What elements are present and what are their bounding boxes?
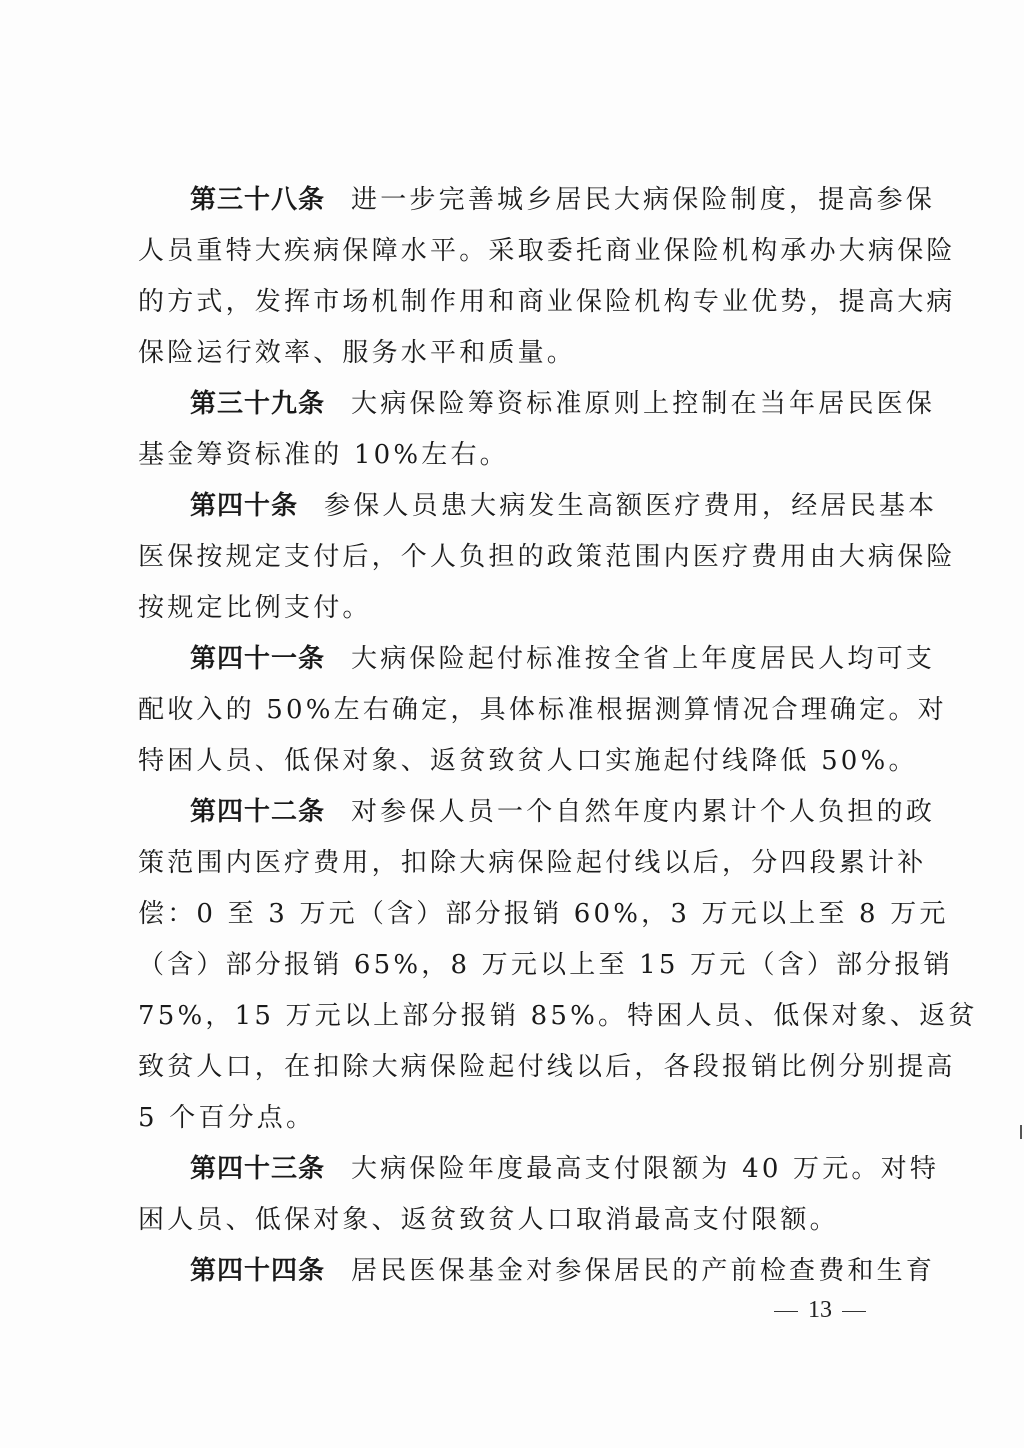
article-40-line-3: 按规定比例支付。	[138, 588, 890, 628]
article-40-line-2: 医保按规定支付后，个人负担的政策范围内医疗费用由大病保险	[138, 537, 890, 577]
dash-left	[774, 1311, 798, 1312]
article-number: 第四十四条	[190, 1256, 325, 1286]
article-number: 第四十三条	[190, 1154, 325, 1184]
article-number: 第四十条	[190, 491, 298, 521]
article-38-line-4: 保险运行效率、服务水平和质量。	[138, 333, 890, 373]
article-number: 第三十九条	[190, 389, 325, 419]
article-number: 第四十一条	[190, 644, 325, 674]
article-text: 大病保险起付标准按全省上年度居民人均可支	[351, 644, 935, 674]
article-40-line-1: 第四十条参保人员患大病发生高额医疗费用，经居民基本	[190, 486, 890, 526]
article-42-line-5: 75%，15 万元以上部分报销 85%。特困人员、低保对象、返贫	[138, 996, 890, 1036]
article-text: 大病保险筹资标准原则上控制在当年居民医保	[351, 389, 935, 419]
article-42-line-3: 偿：0 至 3 万元（含）部分报销 60%，3 万元以上至 8 万元	[138, 894, 890, 934]
scan-edge-mark	[1020, 1125, 1022, 1139]
article-text: 进一步完善城乡居民大病保险制度，提高参保	[351, 185, 935, 215]
article-42-line-4: （含）部分报销 65%，8 万元以上至 15 万元（含）部分报销	[138, 945, 890, 985]
article-38-line-1: 第三十八条进一步完善城乡居民大病保险制度，提高参保	[190, 180, 890, 220]
article-number: 第三十八条	[190, 185, 325, 215]
article-number: 第四十二条	[190, 797, 325, 827]
page-number-value: 13	[808, 1297, 832, 1323]
article-text: 居民医保基金对参保居民的产前检查费和生育	[351, 1256, 935, 1286]
article-41-line-1: 第四十一条大病保险起付标准按全省上年度居民人均可支	[190, 639, 890, 679]
article-39-line-1: 第三十九条大病保险筹资标准原则上控制在当年居民医保	[190, 384, 890, 424]
article-42-line-2: 策范围内医疗费用，扣除大病保险起付线以后，分四段累计补	[138, 843, 890, 883]
document-page: 第三十八条进一步完善城乡居民大病保险制度，提高参保 人员重特大疾病保障水平。采取…	[0, 0, 1024, 1448]
article-43-line-1: 第四十三条大病保险年度最高支付限额为 40 万元。对特	[190, 1149, 890, 1189]
article-41-line-2: 配收入的 50%左右确定，具体标准根据测算情况合理确定。对	[138, 690, 890, 730]
article-text: 对参保人员一个自然年度内累计个人负担的政	[351, 797, 935, 827]
article-38-line-3: 的方式，发挥市场机制作用和商业保险机构专业优势，提高大病	[138, 282, 890, 322]
dash-right	[842, 1311, 866, 1312]
article-text: 参保人员患大病发生高额医疗费用，经居民基本	[324, 491, 937, 521]
article-43-line-2: 困人员、低保对象、返贫致贫人口取消最高支付限额。	[138, 1200, 890, 1240]
article-42-line-1: 第四十二条对参保人员一个自然年度内累计个人负担的政	[190, 792, 890, 832]
article-44-line-1: 第四十四条居民医保基金对参保居民的产前检查费和生育	[190, 1251, 890, 1291]
article-text: 大病保险年度最高支付限额为 40 万元。对特	[351, 1154, 939, 1184]
article-42-line-7: 5 个百分点。	[138, 1098, 890, 1138]
article-42-line-6: 致贫人口，在扣除大病保险起付线以后，各段报销比例分别提高	[138, 1047, 890, 1087]
article-39-line-2: 基金筹资标准的 10%左右。	[138, 435, 890, 475]
page-number: 13	[760, 1293, 880, 1327]
article-38-line-2: 人员重特大疾病保障水平。采取委托商业保险机构承办大病保险	[138, 231, 890, 271]
article-41-line-3: 特困人员、低保对象、返贫致贫人口实施起付线降低 50%。	[138, 741, 890, 781]
